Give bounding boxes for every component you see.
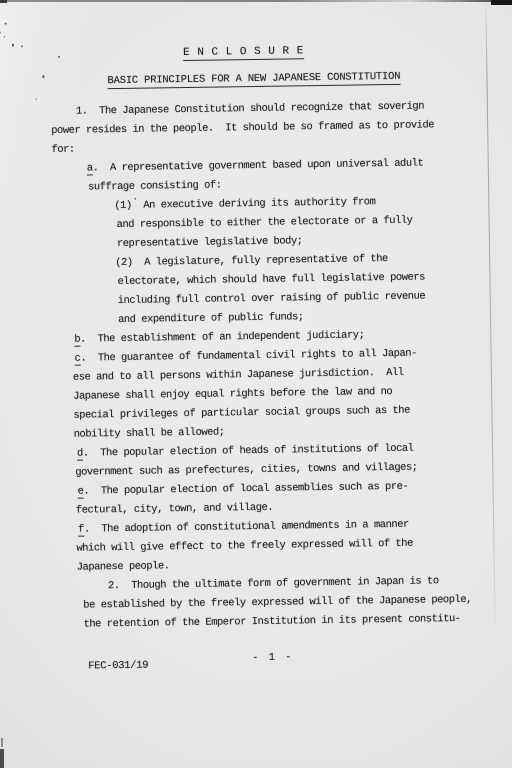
scan-top-left-mark <box>0 0 7 3</box>
enclosure-heading: E N C L O S U R E <box>183 45 304 59</box>
document-title-text: BASIC PRINCIPLES FOR A NEW JAPANESE CONS… <box>107 71 400 89</box>
scan-bottom-left-mark-small <box>1 738 3 747</box>
paper-speckle <box>4 36 5 38</box>
item-letter: c <box>75 353 81 366</box>
page-number: - 1 - <box>252 651 294 664</box>
scanned-document-page: E N C L O S U R E BASIC PRINCIPLES FOR A… <box>0 0 512 768</box>
enclosure-heading-text: E N C L O S U R E <box>183 45 304 61</box>
paper-speckle <box>58 56 60 58</box>
scan-bottom-left-mark <box>0 749 4 768</box>
document-title: BASIC PRINCIPLES FOR A NEW JAPANESE CONS… <box>107 71 400 87</box>
paper-content: E N C L O S U R E BASIC PRINCIPLES FOR A… <box>0 0 512 768</box>
item-letter: e <box>77 486 83 499</box>
paper-speckle <box>0 32 1 34</box>
item-letter: f <box>78 524 84 537</box>
document-reference: FEC-031/19 <box>88 660 148 673</box>
paper-speckle <box>12 44 14 47</box>
paper-speckle <box>36 98 37 100</box>
paper-speckle <box>21 45 23 47</box>
document-footer: FEC-031/19 - 1 - <box>4 648 512 675</box>
item-letter: d <box>77 448 83 461</box>
item-letter: a <box>87 162 93 175</box>
document-body: 1. The Japanese Constitution should reco… <box>0 96 512 636</box>
paper-speckle <box>42 75 44 78</box>
item-letter: b <box>74 334 80 347</box>
paper-speckle <box>5 23 7 25</box>
